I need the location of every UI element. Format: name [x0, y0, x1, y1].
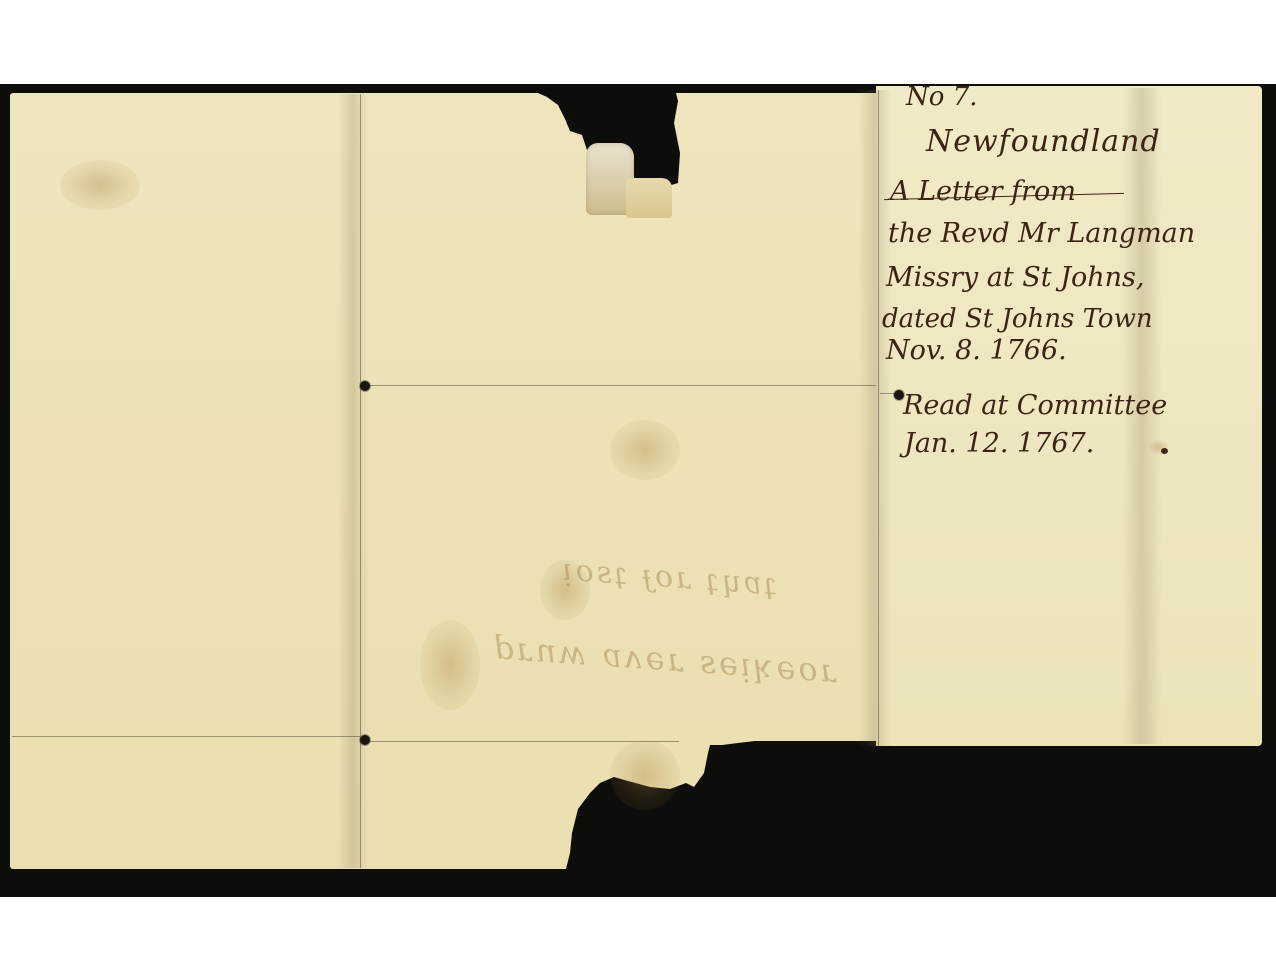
fold-hole — [360, 735, 370, 745]
water-stain — [610, 740, 680, 810]
vertical-fold-line — [878, 90, 879, 746]
vertical-fold-line — [360, 94, 361, 868]
fold-hole — [360, 381, 370, 391]
docket-number: No 7. — [906, 82, 977, 112]
docket-line: Missry at St Johns, — [886, 262, 1145, 293]
docket-line: Read at Committee — [903, 390, 1167, 421]
water-stain — [420, 620, 480, 710]
docket-line: Nov. 8. 1766. — [886, 335, 1067, 366]
docket-line: A Letter from — [890, 176, 1076, 207]
horizontal-fold-line — [12, 736, 360, 737]
docket-place-heading: Newfoundland — [926, 124, 1161, 159]
docket-line: dated St Johns Town — [882, 304, 1153, 334]
horizontal-fold-line — [364, 385, 876, 386]
fold-shadow — [338, 94, 368, 868]
torn-paper-fragment — [626, 178, 672, 218]
fold-shadow — [858, 90, 892, 746]
docket-line: the Revd Mr Langman — [888, 218, 1195, 249]
water-stain — [610, 420, 680, 480]
docket-line: Jan. 12. 1767. — [904, 428, 1094, 459]
water-stain — [60, 160, 140, 210]
ink-blot — [1161, 448, 1168, 454]
